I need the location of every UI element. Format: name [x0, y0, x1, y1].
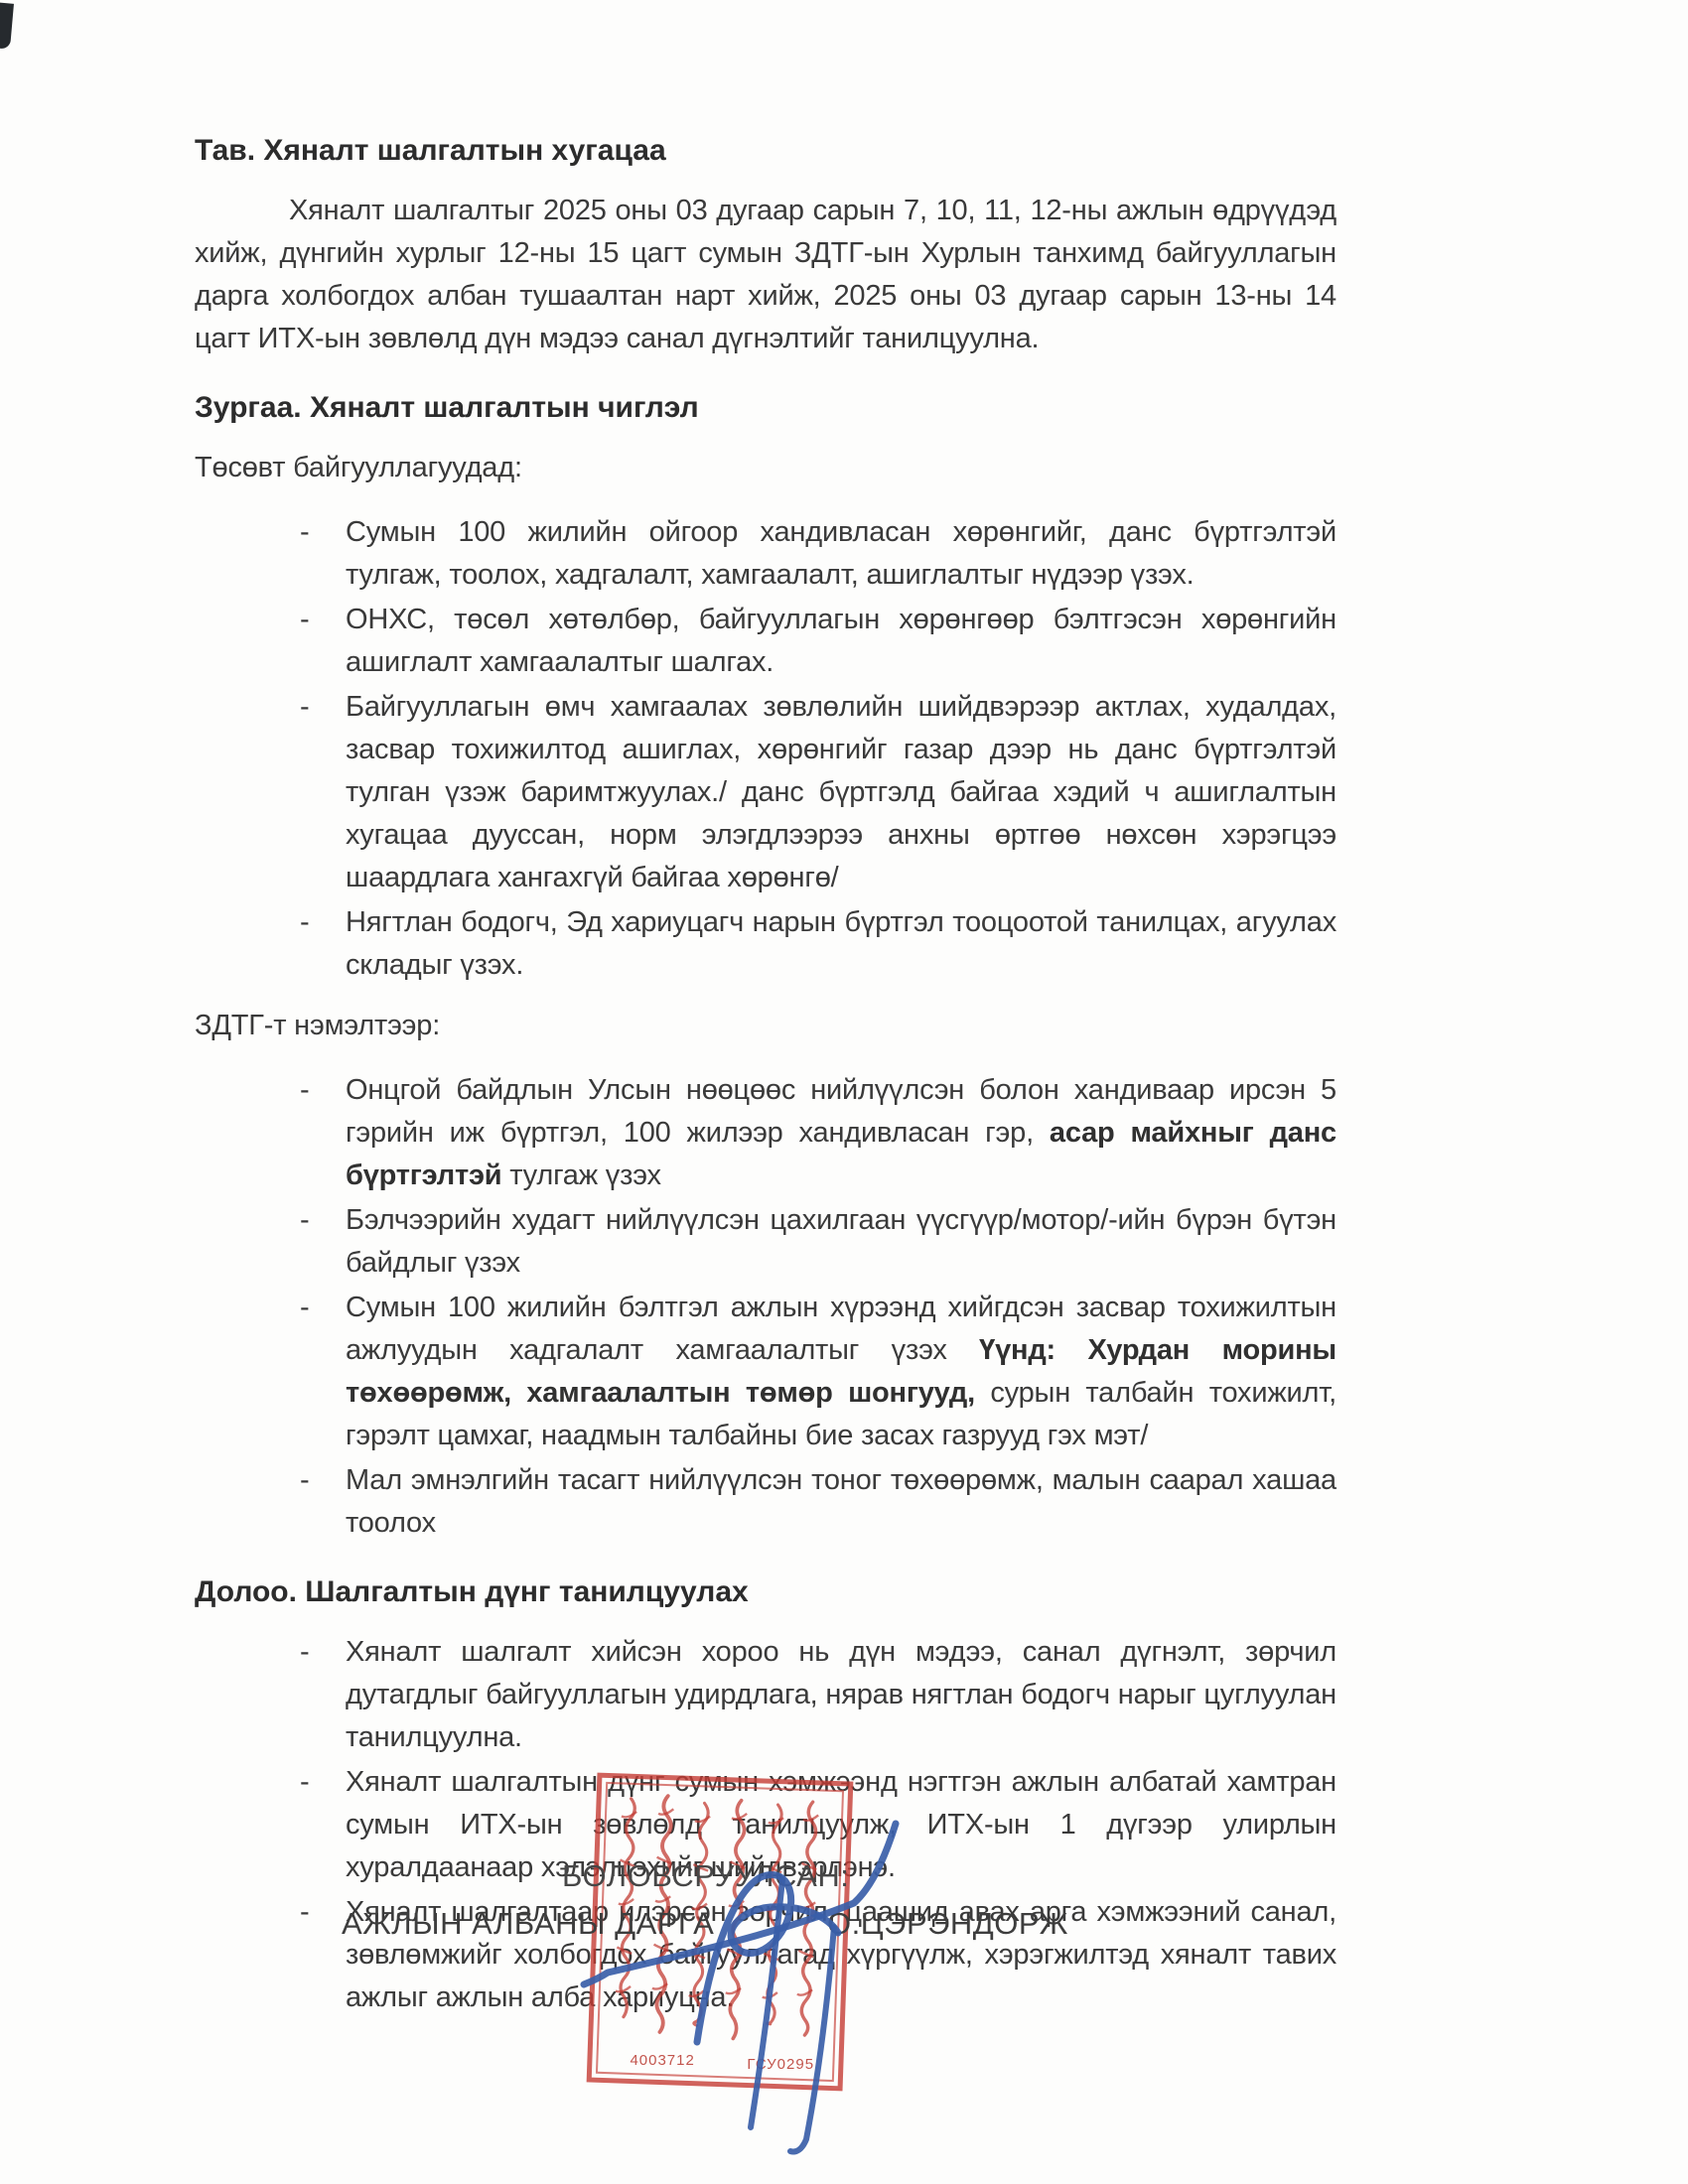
scanned-document-page: Тав. Хяналт шалгалтын хугацааХяналт шалг… [0, 0, 1688, 2184]
bullet-dash: - [300, 1761, 346, 1889]
bullet-list: -Онцгой байдлын Улсын нөөцөөс нийлүүлсэн… [195, 1069, 1336, 1545]
bullet-text: Бэлчээрийн худагт нийлүүлсэн цахилгаан ү… [346, 1199, 1336, 1285]
bullet-item: -Бэлчээрийн худагт нийлүүлсэн цахилгаан … [195, 1199, 1336, 1285]
bullet-dash: - [300, 901, 346, 987]
bullet-dash: - [300, 686, 346, 899]
bullet-dash: - [300, 511, 346, 597]
bullet-item: -Мал эмнэлгийн тасагт нийлүүлсэн тоног т… [195, 1459, 1336, 1545]
doc-heading: Тав. Хяналт шалгалтын хугацаа [195, 129, 1336, 172]
bullet-item: -Нягтлан бодогч, Эд хариуцагч нарын бүрт… [195, 901, 1336, 987]
bullet-item: -Хяналт шалгалт хийсэн хороо нь дүн мэдэ… [195, 1631, 1336, 1759]
document-body: Тав. Хяналт шалгалтын хугацааХяналт шалг… [195, 129, 1336, 2037]
bullet-item: -Сумын 100 жилийн ойгоор хандивласан хөр… [195, 511, 1336, 597]
bullet-text: ОНХС, төсөл хөтөлбөр, байгууллагын хөрөн… [346, 599, 1336, 684]
bullet-item: -ОНХС, төсөл хөтөлбөр, байгууллагын хөрө… [195, 599, 1336, 684]
bullet-text: Мал эмнэлгийн тасагт нийлүүлсэн тоног тө… [346, 1459, 1336, 1545]
bullet-dash: - [300, 1287, 346, 1457]
bullet-dash: - [300, 1891, 346, 2019]
doc-heading: Зургаа. Хяналт шалгалтын чиглэл [195, 386, 1336, 429]
bullet-dash: - [300, 1459, 346, 1545]
doc-heading: Долоо. Шалгалтын дүнг танилцуулах [195, 1570, 1336, 1613]
doc-label: Төсөвт байгууллагуудад: [195, 447, 1336, 489]
handwritten-signature [536, 1782, 963, 2159]
bullet-dash: - [300, 1631, 346, 1759]
scan-corner-artifact [0, 2, 14, 49]
bullet-text: Нягтлан бодогч, Эд хариуцагч нарын бүртг… [346, 901, 1336, 987]
bullet-item: -Сумын 100 жилийн бэлтгэл ажлын хүрээнд … [195, 1287, 1336, 1457]
bullet-dash: - [300, 1069, 346, 1197]
bullet-text: Сумын 100 жилийн ойгоор хандивласан хөрө… [346, 511, 1336, 597]
bullet-text: Онцгой байдлын Улсын нөөцөөс нийлүүлсэн … [346, 1069, 1336, 1197]
doc-paragraph: Хяналт шалгалтыг 2025 оны 03 дугаар сары… [195, 190, 1336, 360]
bullet-item: -Байгууллагын өмч хамгаалах зөвлөлийн ши… [195, 686, 1336, 899]
bullet-item: -Онцгой байдлын Улсын нөөцөөс нийлүүлсэн… [195, 1069, 1336, 1197]
bullet-text: Байгууллагын өмч хамгаалах зөвлөлийн ший… [346, 686, 1336, 899]
bullet-list: -Сумын 100 жилийн ойгоор хандивласан хөр… [195, 511, 1336, 987]
bullet-text: Сумын 100 жилийн бэлтгэл ажлын хүрээнд х… [346, 1287, 1336, 1457]
bullet-dash: - [300, 1199, 346, 1285]
doc-label: ЗДТГ-т нэмэлтээр: [195, 1005, 1336, 1047]
bullet-text: Хяналт шалгалт хийсэн хороо нь дүн мэдээ… [346, 1631, 1336, 1759]
bullet-dash: - [300, 599, 346, 684]
